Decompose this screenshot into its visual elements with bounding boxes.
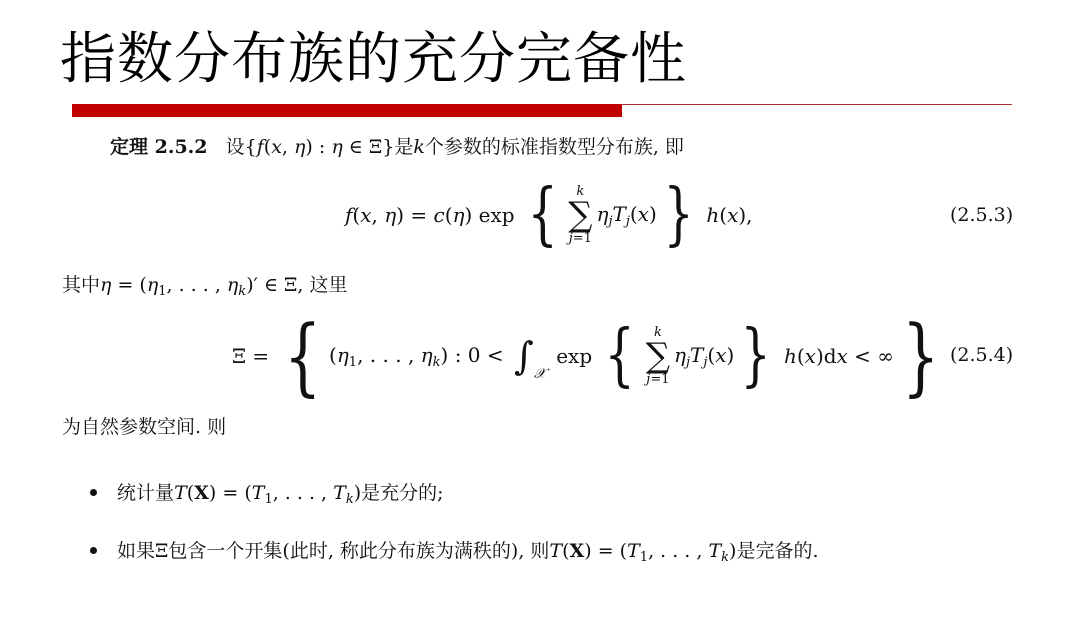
- natural-space-line: 为自然参数空间. 则: [62, 414, 226, 440]
- summation-symbol: k ∑ j=1: [646, 326, 670, 386]
- theorem-statement: 定理 2.5.2 设{f(x, η) : η ∈ Ξ}是k个参数的标准指数型分布…: [110, 134, 684, 160]
- bullet-icon: [90, 489, 97, 496]
- integral-symbol: ∫𝒳: [514, 336, 546, 376]
- equation-number-2-5-4: (2.5.4): [950, 344, 1013, 366]
- equation-2-5-4: Ξ = { (η1, . . . , ηk) : 0 < ∫𝒳 exp { k …: [232, 308, 947, 404]
- bullet-item-completeness: 如果Ξ包含一个开集(此时, 称此分布族为满秩的), 则T(X) = (T1, .…: [90, 538, 819, 571]
- equation-2-5-3: f(x, η) = c(η) exp { k ∑ j=1 ηjTj(x) } h…: [345, 170, 753, 260]
- bullet-icon: [90, 547, 97, 554]
- equation-number-2-5-3: (2.5.3): [950, 204, 1013, 226]
- slide-title: 指数分布族的充分完备性: [60, 26, 687, 94]
- title-underline-rule: [622, 104, 1012, 105]
- where-line: 其中η = (η1, . . . , ηk)′ ∈ Ξ, 这里: [62, 272, 348, 305]
- bullet-item-sufficiency: 统计量T(X) = (T1, . . . , Tk)是充分的;: [90, 480, 444, 513]
- title-underline-accent: [72, 104, 622, 117]
- summation-symbol: k ∑ j=1: [568, 185, 592, 245]
- theorem-label: 定理 2.5.2: [110, 136, 208, 158]
